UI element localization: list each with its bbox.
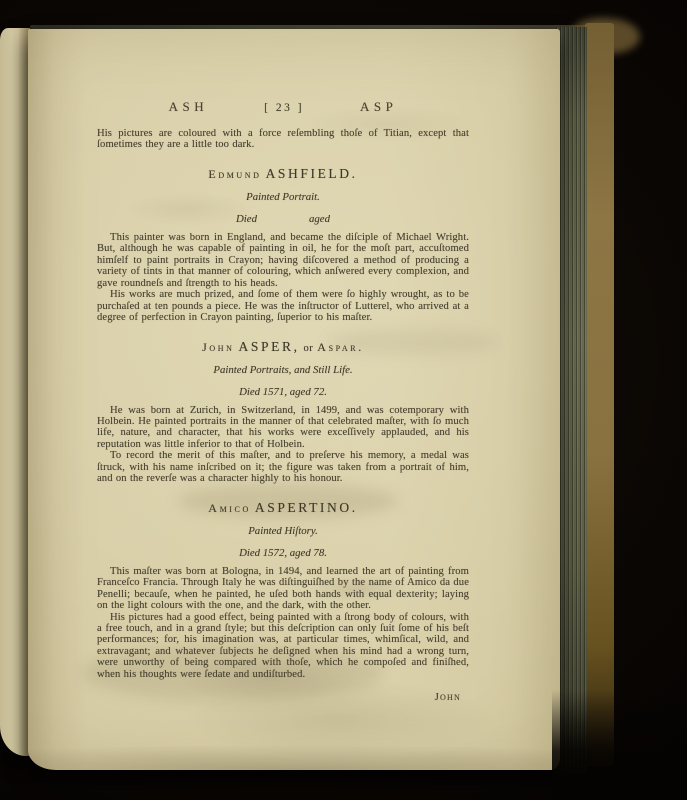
- entry-paragraph: This maſter was born at Bologna, in 1494…: [97, 566, 469, 612]
- entry-alias-name: Aspar.: [317, 340, 364, 354]
- header-word-right: ASP: [360, 99, 397, 115]
- running-header: ASH [ 23 ] ASP: [97, 99, 469, 115]
- entry-alias-connector: or: [304, 343, 314, 354]
- entry-paragraph: His pictures had a good effect, being pa…: [97, 612, 469, 681]
- entry-paragraph: His works are much prized, and ſome of t…: [97, 289, 469, 323]
- entry-ashfield: Edmund ASHFIELD. Painted Portrait. Dieda…: [97, 165, 469, 324]
- entry-subtitle: Painted Hiſtory.: [97, 525, 469, 537]
- entry-body: This painter was born in England, and be…: [97, 232, 469, 324]
- entry-vitals: Died 1572, aged 78.: [97, 547, 469, 559]
- aged-label: aged: [309, 213, 330, 225]
- scanned-book-photo: ASH [ 23 ] ASP His pictures are coloured…: [0, 0, 687, 800]
- entry-given-name: Edmund: [208, 167, 261, 181]
- entry-given-name: John: [202, 340, 234, 354]
- entry-aspertino: Amico ASPERTINO. Painted Hiſtory. Died 1…: [97, 499, 469, 681]
- entry-vitals: Diedaged: [97, 213, 469, 225]
- entry-paragraph: He was born at Zurich, in Switzerland, i…: [97, 405, 469, 451]
- entry-paragraph: This painter was born in England, and be…: [97, 232, 469, 289]
- entry-heading: John ASPER, or Aspar.: [97, 338, 469, 356]
- book-fore-edge-pages: [556, 27, 587, 774]
- book-cover-edge: [585, 23, 614, 766]
- died-label: Died: [236, 213, 257, 225]
- entry-body: He was born at Zurich, in Switzerland, i…: [97, 405, 469, 485]
- shadow-vignette: [552, 690, 687, 800]
- entry-paragraph: To record the merit of this maſter, and …: [97, 450, 469, 484]
- entry-asper: John ASPER, or Aspar. Painted Portraits,…: [97, 338, 469, 485]
- page-number: [ 23 ]: [264, 102, 304, 114]
- catchword: John: [435, 691, 461, 703]
- entry-heading: Edmund ASHFIELD.: [97, 165, 469, 183]
- header-word-left: ASH: [169, 99, 209, 115]
- entry-surname: ASPERTINO.: [255, 500, 358, 515]
- entry-surname: ASPER,: [239, 339, 300, 354]
- entry-subtitle: Painted Portraits, and Still Life.: [97, 364, 469, 376]
- left-page-curl: [0, 28, 30, 756]
- book-page: ASH [ 23 ] ASP His pictures are coloured…: [28, 29, 560, 770]
- entry-surname: ASHFIELD.: [266, 166, 358, 181]
- catchword-row: John: [97, 687, 469, 705]
- entry-heading: Amico ASPERTINO.: [97, 499, 469, 517]
- page-content: ASH [ 23 ] ASP His pictures are coloured…: [28, 29, 560, 705]
- continuation-paragraph: His pictures are coloured with a force r…: [97, 128, 469, 151]
- entry-given-name: Amico: [208, 501, 251, 515]
- entry-vitals: Died 1571, aged 72.: [97, 386, 469, 398]
- entry-subtitle: Painted Portrait.: [97, 191, 469, 203]
- entry-body: This maſter was born at Bologna, in 1494…: [97, 566, 469, 681]
